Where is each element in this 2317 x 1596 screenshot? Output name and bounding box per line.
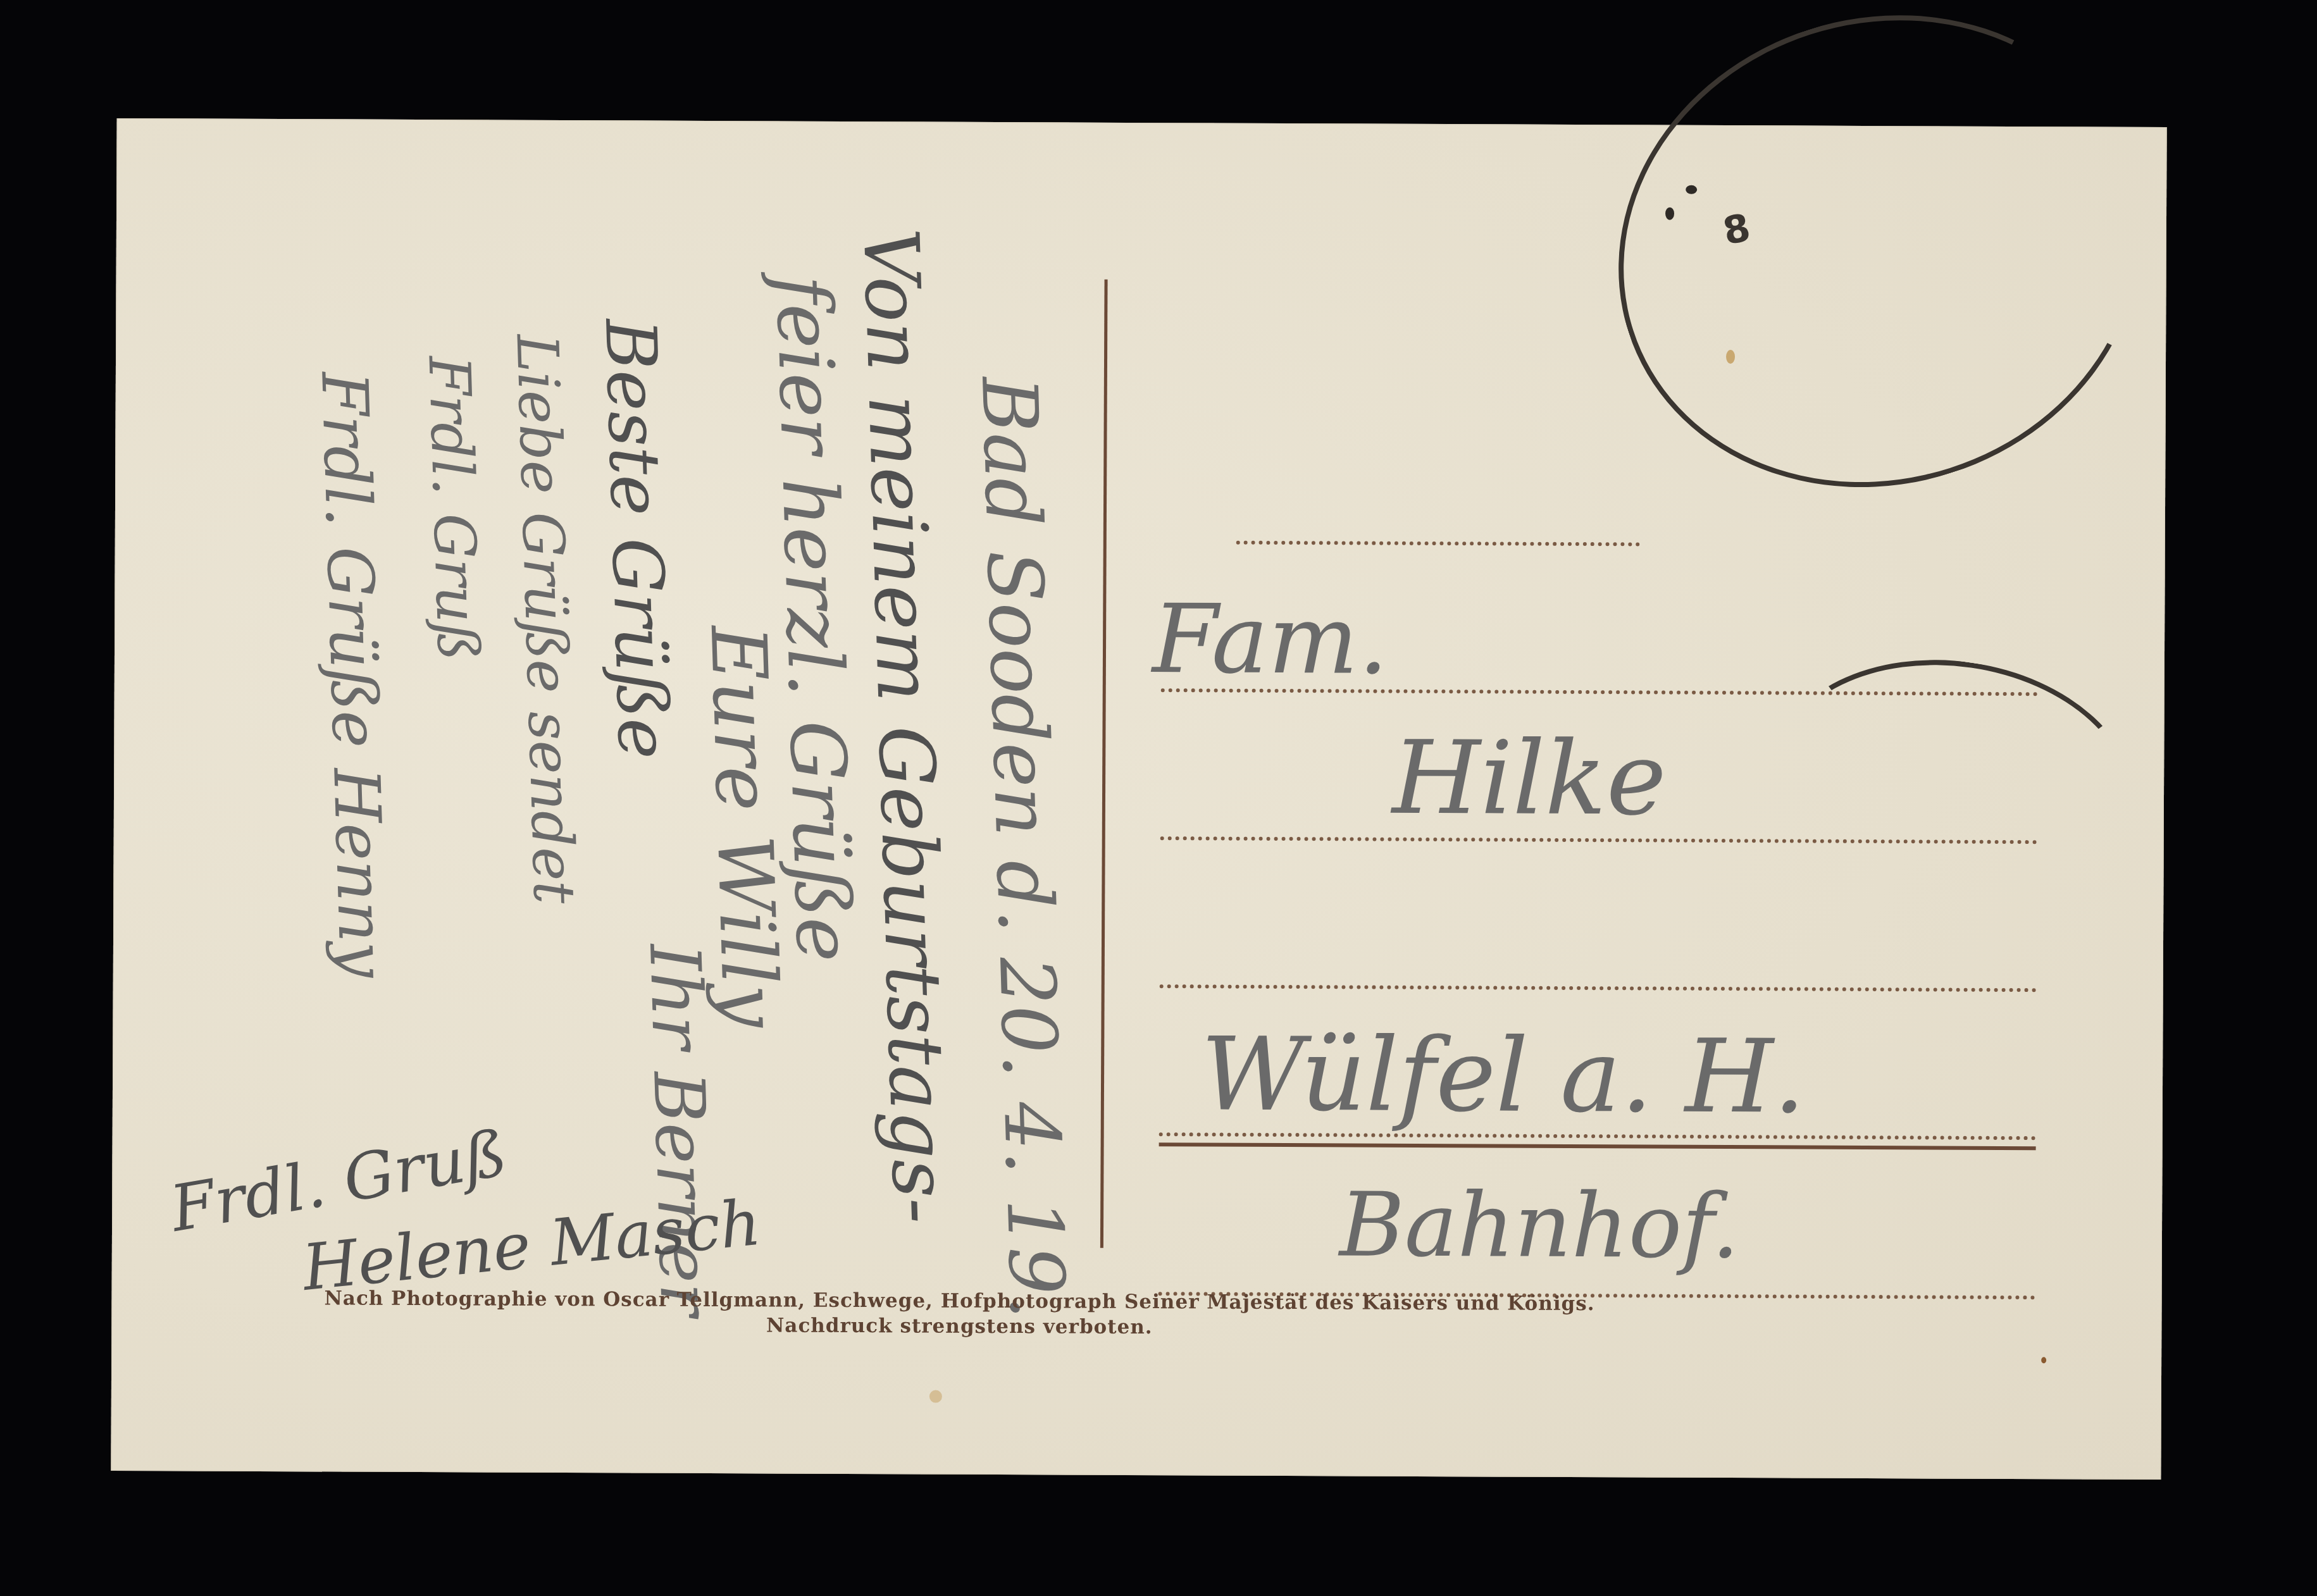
stain xyxy=(929,1390,942,1403)
address-name: Hilke xyxy=(1392,719,1667,838)
message-line-8: Frdl. Gruß xyxy=(416,355,492,662)
address-street: Bahnhof. xyxy=(1339,1173,1740,1278)
message-line-5: Beste Grüße xyxy=(590,318,684,760)
address-city: Wülfel a. H. xyxy=(1201,1015,1806,1135)
address-salutation: Fam. xyxy=(1152,585,1389,696)
stain xyxy=(1726,350,1735,364)
postcard: 8 Fam. Hilke Wülfel a. H. Bahnhof. Bad S… xyxy=(111,118,2166,1480)
postmark-circle xyxy=(1557,0,2203,554)
address-line-3 xyxy=(1160,984,2037,992)
imprint-line-1: Nach Photographie von Oscar Tellgmann, E… xyxy=(111,1286,1807,1316)
message-line-1: Bad Sooden d. 20. 4. 19. xyxy=(964,375,1081,1320)
stain xyxy=(2041,1357,2046,1363)
message-line-2: Von meinem Geburtstags- xyxy=(846,227,964,1225)
divider-line xyxy=(1100,280,1108,1248)
postmark-arc xyxy=(1756,636,2152,937)
postmark-dot xyxy=(1665,207,1674,220)
message-line-7: Liebe Grüße sendet xyxy=(504,333,587,905)
address-line-4-underline xyxy=(1159,1142,2036,1150)
publisher-imprint: Nach Photographie von Oscar Tellgmann, E… xyxy=(111,1286,1807,1342)
message-line-9: Frdl. Grüße Henny xyxy=(307,371,399,979)
imprint-line-2: Nachdruck strengstens verboten. xyxy=(111,1311,1807,1342)
address-line-short xyxy=(1236,541,1640,547)
postmark-dot xyxy=(1686,185,1697,194)
